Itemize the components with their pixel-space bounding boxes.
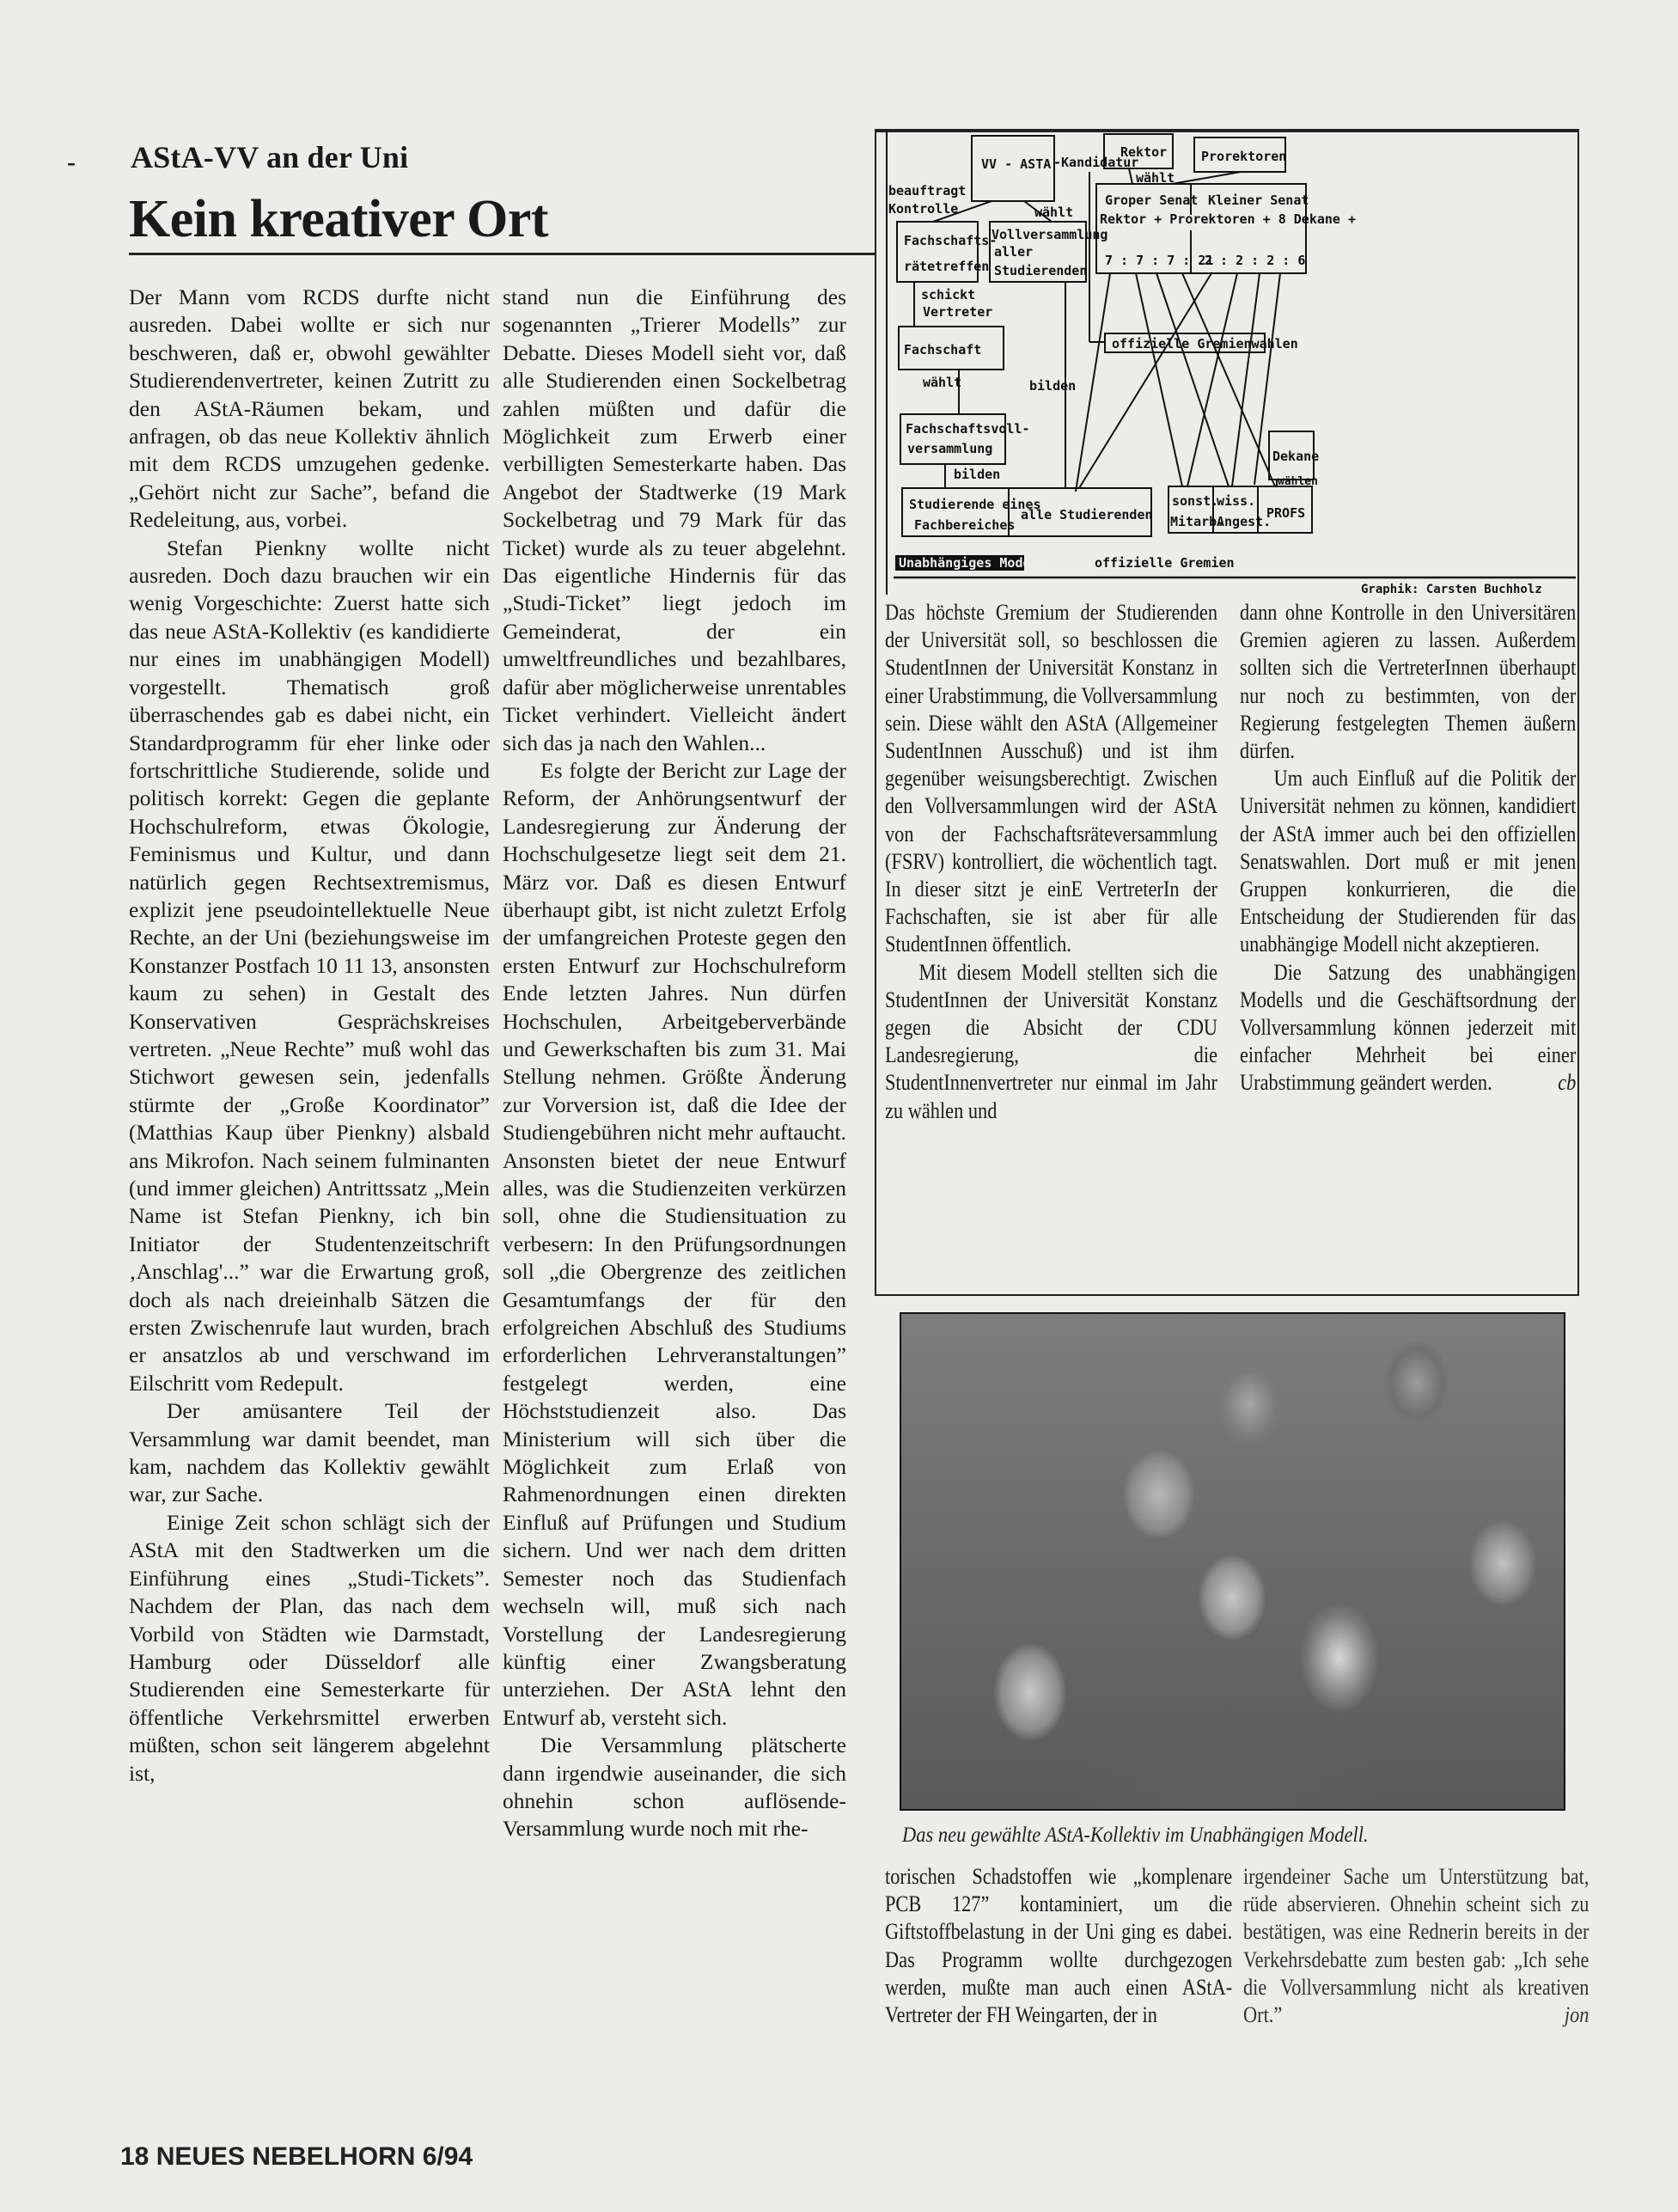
article-column-2: stand nun die Einführung des sogenannten…	[503, 284, 846, 1843]
page-footer: 18 NEUES NEBELHORN 6/94	[120, 2142, 473, 2172]
paragraph: Einige Zeit schon schlägt sich der AStA …	[129, 1509, 490, 1787]
article-column-3: torischen Schadstoffen wie „komplenare P…	[885, 1863, 1232, 2029]
svg-text:7 : 7 : 7 : 21: 7 : 7 : 7 : 21	[1105, 253, 1213, 268]
paragraph: stand nun die Einführung des sogenannten…	[503, 284, 846, 757]
svg-text:2 : 2 : 2 : 6: 2 : 2 : 2 : 6	[1205, 253, 1305, 268]
svg-text:Kleiner Senat: Kleiner Senat	[1208, 192, 1309, 208]
svg-text:schickt: schickt	[921, 287, 975, 302]
sidebar-column-2: dann ohne Kontrolle in den Universitären…	[1240, 599, 1576, 1097]
paragraph: Um auch Einfluß auf die Politik der Univ…	[1240, 765, 1576, 958]
paragraph: Der Mann vom RCDS durfte nicht ausreden.…	[129, 284, 490, 535]
article-column-4: irgendeiner Sache um Unterstützung bat, …	[1243, 1863, 1589, 2029]
svg-text:offizielle Gremien: offizielle Gremien	[1095, 555, 1235, 571]
svg-text:wiss.: wiss.	[1217, 493, 1255, 509]
svg-text:Vertreter: Vertreter	[923, 304, 992, 320]
svg-text:PROFS: PROFS	[1266, 505, 1305, 521]
svg-text:wählt: wählt	[923, 375, 961, 390]
author-signature: cb	[1524, 1069, 1577, 1097]
margin-mark: -	[67, 148, 76, 177]
article-headline: Kein kreativer Ort	[129, 189, 548, 250]
svg-text:Kontrolle: Kontrolle	[888, 201, 958, 217]
paragraph: Der amüsantere Teil der Versammlung war …	[129, 1397, 490, 1509]
svg-text:Graphik: Carsten Buchholz: Graphik: Carsten Buchholz	[1361, 583, 1542, 595]
svg-text:beauftragt: beauftragt	[888, 183, 966, 199]
svg-text:Fachschaftsvoll-: Fachschaftsvoll-	[906, 421, 1030, 437]
article-kicker: AStA-VV an der Uni	[131, 139, 408, 175]
svg-text:Prorektoren: Prorektoren	[1201, 149, 1286, 164]
svg-text:aller: aller	[994, 244, 1033, 260]
svg-text:bilden: bilden	[1029, 378, 1076, 394]
paragraph: Stefan Pienkny wollte nicht ausreden. Do…	[129, 535, 490, 1398]
organization-diagram: VV - ASTA -Kandidatur beauftragt Kontrol…	[880, 131, 1576, 595]
headline-rule	[129, 253, 875, 255]
paragraph: dann ohne Kontrolle in den Universitären…	[1240, 599, 1576, 765]
svg-text:Rektor: Rektor	[1120, 144, 1167, 160]
paragraph: Das höchste Gremium der Studierenden der…	[885, 599, 1217, 959]
paragraph: Die Versammlung plätscherte dann irgendw…	[503, 1732, 846, 1843]
svg-text:VV - ASTA: VV - ASTA	[981, 156, 1051, 172]
svg-text:Fachschaft: Fachschaft	[904, 342, 981, 357]
svg-text:versammlung: versammlung	[907, 441, 992, 456]
paragraph: torischen Schadstoffen wie „komplenare P…	[885, 1863, 1232, 2029]
svg-text:Rektor + Prorektoren + 8 Dekan: Rektor + Prorektoren + 8 Dekane +	[1100, 211, 1356, 227]
photo-caption: Das neu gewählte AStA-Kollektiv im Unabh…	[902, 1824, 1369, 1848]
paragraph: Es folgte der Bericht zur Lage der Refor…	[503, 757, 846, 1732]
author-signature: jon	[1565, 2001, 1590, 2029]
svg-text:Fachbereiches: Fachbereiches	[914, 517, 1015, 533]
paragraph: Die Satzung des unabhängigen Modells und…	[1240, 959, 1576, 1097]
paragraph: Mit diesem Modell stellten sich die Stud…	[885, 959, 1217, 1125]
svg-text:Unabhängiges Modell: Unabhängiges Modell	[899, 555, 1046, 571]
group-photo	[900, 1312, 1565, 1811]
svg-text:Dekane: Dekane	[1272, 449, 1319, 464]
sidebar-column-1: Das höchste Gremium der Studierenden der…	[885, 599, 1217, 1125]
article-column-1: Der Mann vom RCDS durfte nicht ausreden.…	[129, 284, 490, 1787]
svg-text:Studierenden: Studierenden	[994, 263, 1087, 278]
svg-text:Groper Senat: Groper Senat	[1105, 192, 1198, 208]
svg-text:Vollversammlung: Vollversammlung	[992, 227, 1107, 242]
svg-text:Fachschafts-: Fachschafts-	[904, 233, 997, 248]
svg-text:bilden: bilden	[954, 467, 1000, 482]
paragraph: irgendeiner Sache um Unterstützung bat, …	[1243, 1863, 1589, 2029]
svg-text:sonst.: sonst.	[1172, 493, 1218, 509]
svg-text:alle Studierenden: alle Studierenden	[1021, 507, 1153, 522]
svg-text:Angest.: Angest.	[1217, 514, 1271, 529]
svg-text:rätetreffen: rätetreffen	[904, 259, 989, 274]
